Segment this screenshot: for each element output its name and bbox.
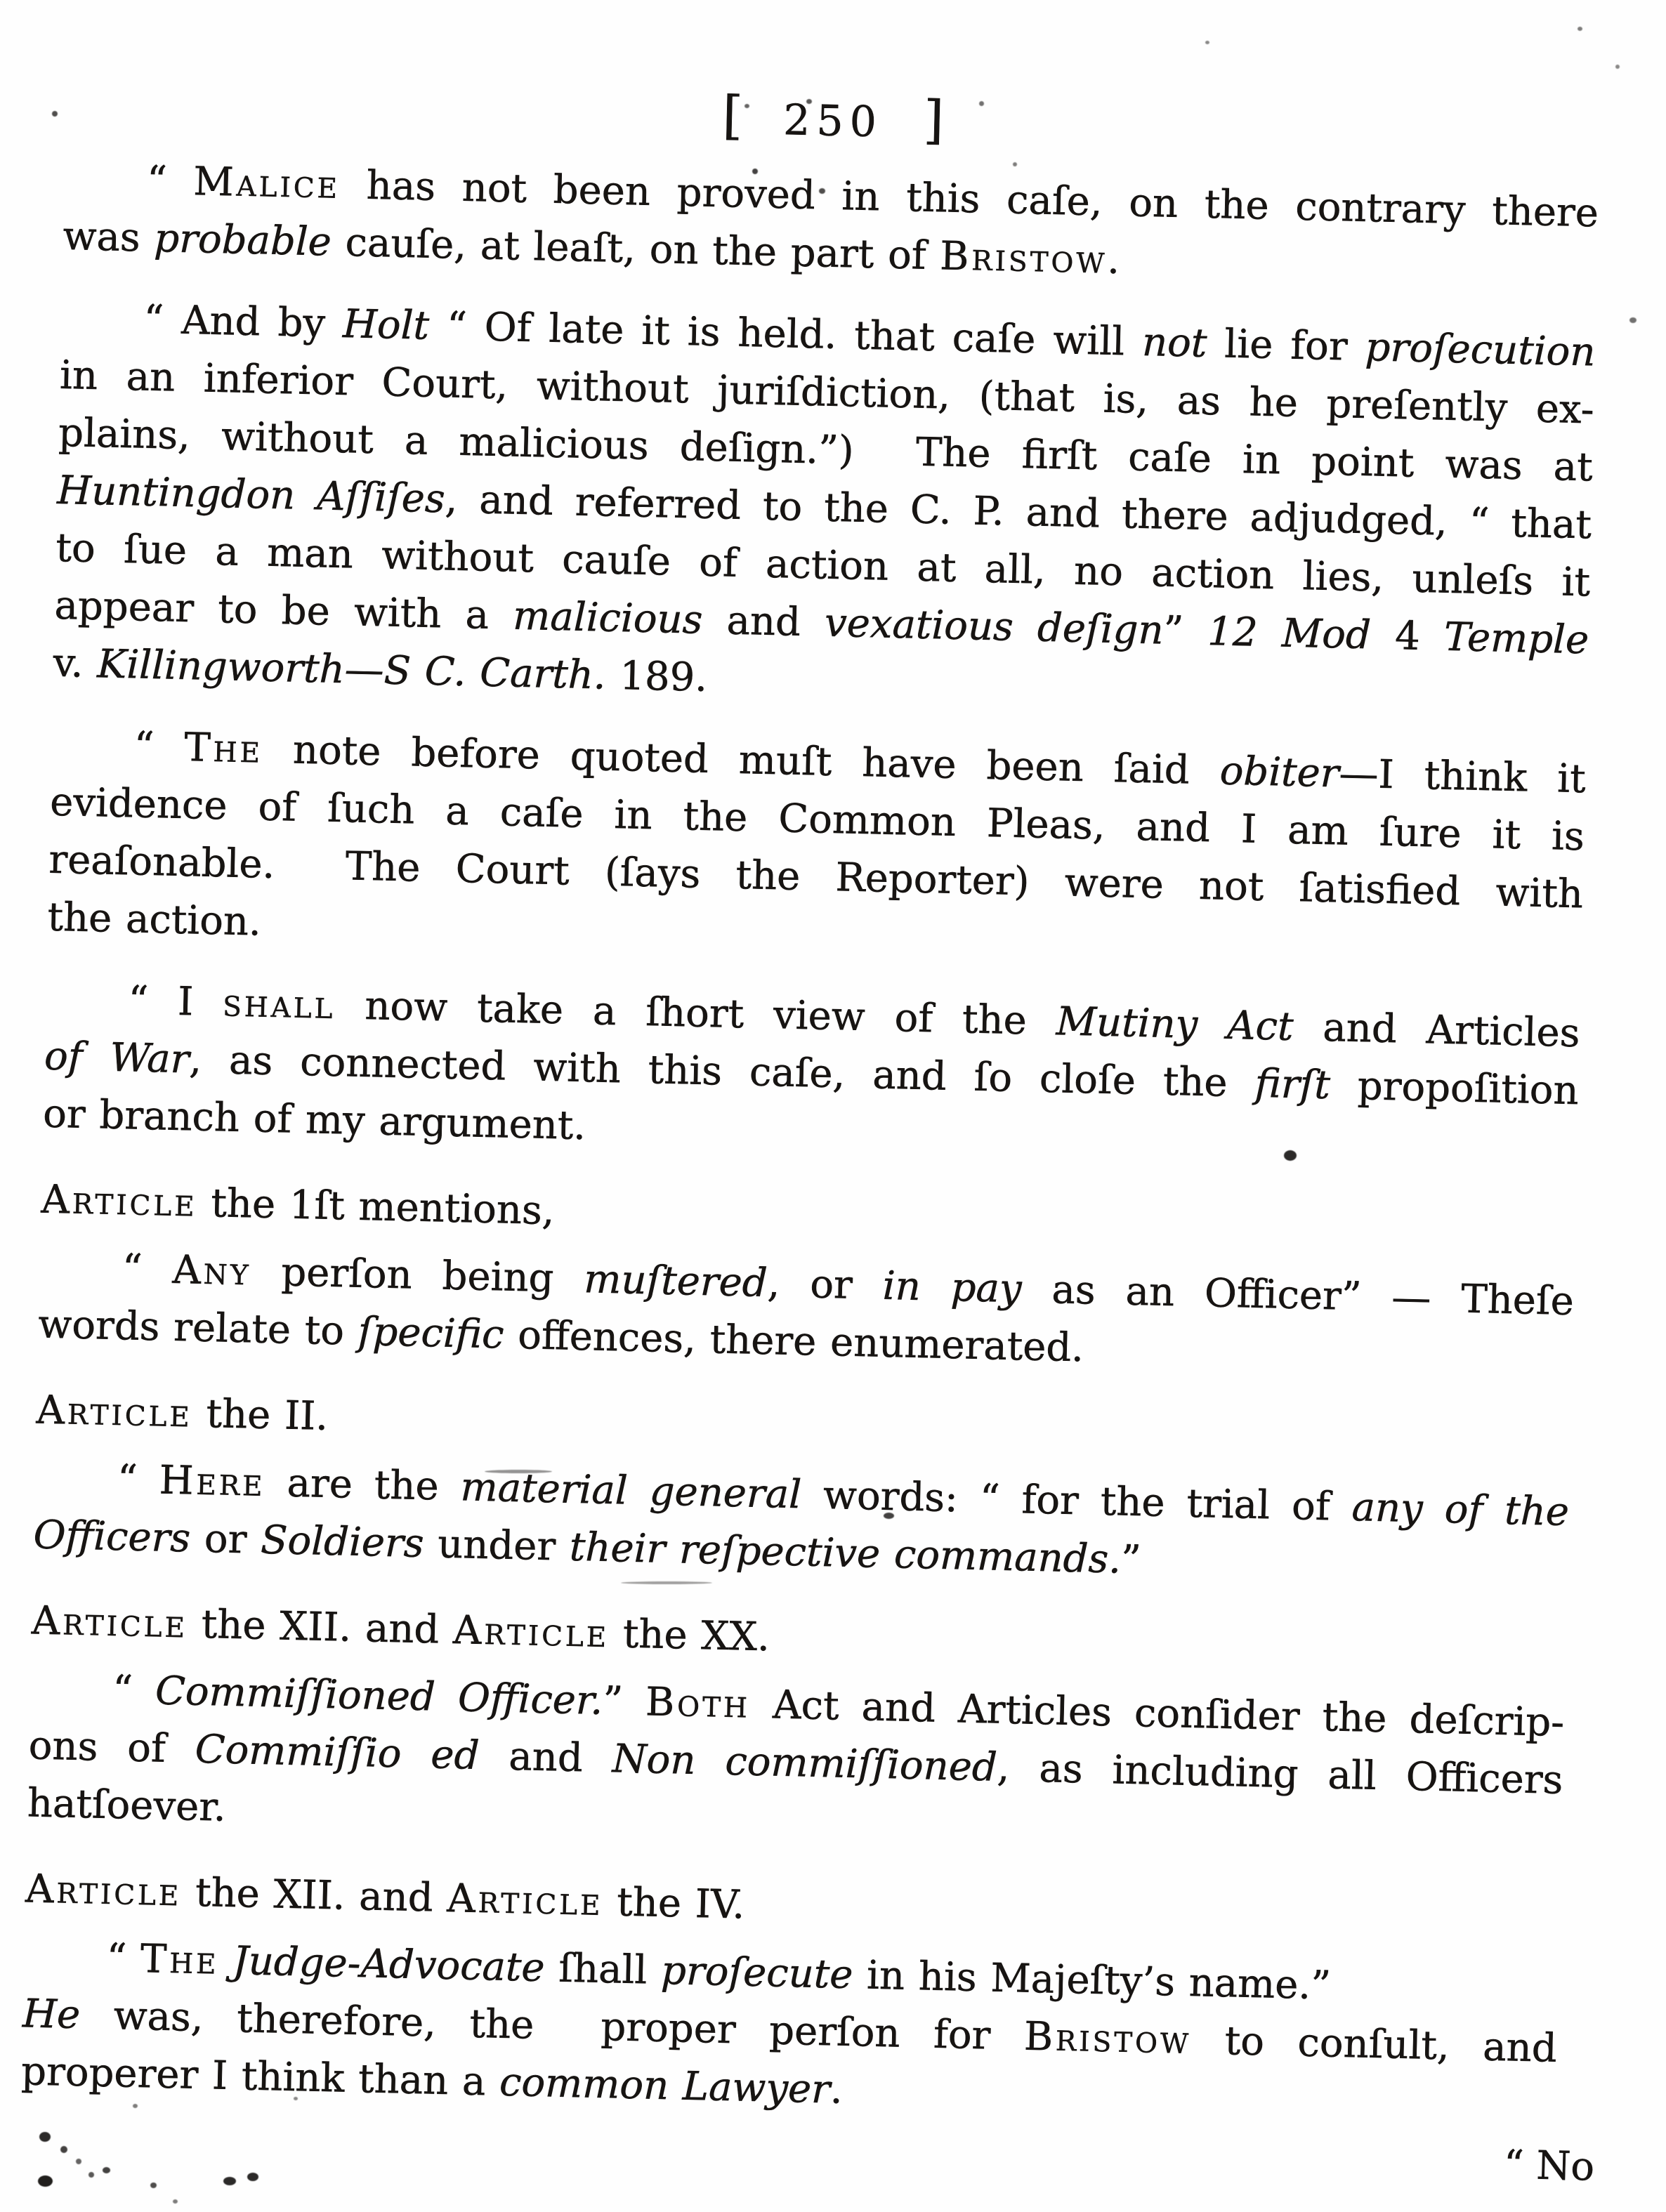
text: are the (265, 1460, 461, 1510)
ink-speck (60, 2146, 67, 2153)
ink-speck (1629, 317, 1637, 323)
text: propoſition (1330, 1062, 1579, 1114)
text: words relate to (38, 1302, 359, 1355)
italic-text: vexatious deſign (824, 600, 1164, 654)
italic-text: not (1141, 320, 1207, 367)
small-caps-text: Article (452, 1607, 610, 1657)
ink-speck (1578, 27, 1582, 31)
page-number-header: [250] (65, 70, 1601, 166)
text: v. (53, 640, 98, 687)
text: the XX. (608, 1611, 770, 1660)
text: ons of (28, 1723, 195, 1772)
italic-text: firſt (1254, 1061, 1331, 1108)
text: “ (146, 158, 194, 204)
page-text-area: [250] “ Malice has not been proved in th… (20, 70, 1601, 2159)
text: “ I (128, 977, 223, 1025)
small-caps-text: Article (447, 1876, 604, 1925)
text: offences, there enumerated. (504, 1312, 1084, 1371)
text: in his Majeſty’s name.” (853, 1952, 1332, 2008)
ink-speck (884, 1513, 894, 1519)
italic-text: in pay (882, 1263, 1022, 1312)
text: . (829, 2067, 843, 2112)
small-caps-text: Malice (193, 159, 341, 208)
scanned-book-page: [250] “ Malice has not been proved in th… (0, 0, 1666, 2212)
italic-text: probable (154, 216, 332, 265)
ink-speck (752, 169, 758, 174)
text: ” (603, 1678, 646, 1725)
text: as an Officer” — Theſe (1021, 1266, 1575, 1324)
text: , as including all Officers (997, 1745, 1563, 1803)
ink-speck (806, 99, 812, 104)
ink-speck (1013, 162, 1017, 166)
italic-text: common Lawyer (499, 2060, 830, 2113)
paragraph-holt: “ And by Holt “ Of late it is held. that… (53, 289, 1596, 727)
body-text: “ Malice has not been proved in this caſ… (20, 150, 1599, 2135)
ink-speck (76, 2159, 81, 2164)
text: and (479, 1733, 613, 1782)
paragraph-commissioned-officer: “ Commiſſioned Officer.” Both Act and Ar… (27, 1659, 1565, 1867)
ink-speck (103, 2167, 110, 2173)
italic-text: Commiſſio ed (195, 1727, 480, 1779)
text: ſhall (544, 1945, 662, 1994)
ink-speck (819, 188, 825, 194)
italic-text: muſtered (584, 1256, 768, 1306)
ink-speck (133, 2104, 138, 2108)
small-caps-text: Article (36, 1388, 193, 1437)
page-number: 250 (783, 96, 884, 147)
ink-speck (52, 111, 58, 117)
text: , or (767, 1260, 884, 1309)
text: “ (122, 1246, 173, 1293)
paragraph-malice: “ Malice has not been proved in this caſ… (63, 150, 1599, 301)
text: cauſe, at leaſt, on the part of (331, 220, 940, 279)
italic-text: Huntingdon Aſſiſes (57, 468, 446, 522)
text: the XII. and (187, 1601, 454, 1653)
text: ” (1163, 608, 1208, 654)
text: words: “ for the trial of (801, 1472, 1352, 1530)
italic-text: Commiſſioned Officer. (155, 1668, 603, 1723)
text: or (190, 1516, 261, 1563)
right-bracket: ] (923, 90, 945, 151)
text: hatſoever. (27, 1780, 226, 1830)
text: ” (1120, 1537, 1141, 1584)
text: and (702, 598, 825, 646)
italic-text: their reſpective commands. (569, 1525, 1122, 1583)
paragraph-mutiny-act: “ I shall now take a ſhort view of the M… (42, 970, 1580, 1178)
text: under (424, 1521, 570, 1570)
ink-speck (621, 1581, 712, 1584)
text: perſon being (251, 1249, 584, 1302)
text: “ (117, 1456, 159, 1503)
italic-text: Temple (1443, 614, 1589, 664)
italic-text: any of the (1351, 1484, 1570, 1535)
text: “ And by (143, 297, 343, 347)
italic-text: Holt (342, 301, 429, 349)
small-caps-text: Article (25, 1866, 182, 1915)
text: and Articles (1293, 1004, 1580, 1056)
text: —I think it (1339, 751, 1587, 802)
text: the II. (192, 1391, 329, 1440)
text: lie for (1207, 321, 1366, 370)
text: the XII. and (181, 1869, 448, 1921)
catchword: “ No (1503, 2142, 1595, 2190)
ink-speck (1205, 41, 1209, 44)
ink-speck (1615, 65, 1620, 69)
text (218, 1938, 233, 1984)
italic-text: proſecute (660, 1948, 853, 1998)
text: 189. (605, 653, 708, 701)
italic-text: Non commiſſioned (612, 1736, 997, 1790)
text: or branch of my argument. (43, 1091, 586, 1150)
italic-text: Soldiers (260, 1518, 424, 1567)
small-caps-text: Bristow (1023, 2014, 1192, 2063)
ink-speck (1284, 1150, 1297, 1161)
italic-text: Officers (33, 1512, 191, 1561)
small-caps-text: Here (159, 1458, 265, 1506)
paragraph-article-1: “ Any perſon being muſtered, or in pay a… (38, 1239, 1575, 1389)
small-caps-text: Bristow (940, 233, 1108, 282)
small-caps-text: shall (223, 980, 336, 1028)
ink-speck (38, 2175, 53, 2187)
ink-speck (223, 2177, 236, 2185)
small-caps-text: The (184, 725, 263, 772)
small-caps-text: Article (31, 1598, 188, 1647)
small-caps-text: Both (645, 1679, 750, 1727)
ink-speck (294, 2097, 298, 2100)
text: “ (106, 1935, 141, 1982)
italic-text: ſpecific (358, 1309, 504, 1358)
text: the 1ſt mentions, (197, 1180, 555, 1235)
small-caps-text: Any (172, 1247, 252, 1295)
text: now take a ſhort view of the (335, 982, 1057, 1044)
text: “ Of late it is held. that caſe will (428, 303, 1143, 365)
text: the action. (47, 895, 262, 945)
ink-speck (745, 104, 749, 108)
ink-speck (88, 2172, 94, 2178)
text: 4 (1370, 612, 1445, 659)
italic-text: of War (44, 1034, 190, 1083)
text: . (1107, 237, 1120, 283)
italic-text: 12 Mod (1207, 609, 1372, 658)
italic-text: Killingworth—S C. Carth. (97, 641, 607, 698)
ink-speck (39, 2132, 51, 2142)
paragraph-obiter: “ The note before quoted muſt have been … (47, 716, 1587, 981)
italic-text: Judge-Advocate (232, 1938, 546, 1991)
text: “ (133, 723, 185, 770)
italic-text: He (22, 1991, 80, 2038)
paragraph-judge-advocate: “ The Judge-Advocate ſhall proſecute in … (20, 1928, 1559, 2135)
small-caps-text: The (140, 1936, 219, 1984)
italic-text: Mutiny Act (1056, 999, 1294, 1050)
ink-speck (247, 2173, 258, 2181)
italic-text: proſecution (1365, 324, 1596, 375)
italic-text: obiter (1219, 749, 1339, 797)
text: properer I think than a (21, 2048, 500, 2105)
ink-speck (173, 2199, 178, 2204)
italic-text: malicious (513, 593, 704, 643)
text: “ (112, 1667, 156, 1713)
text: was (63, 213, 155, 261)
text: the IV. (603, 1879, 745, 1928)
left-bracket: [ (722, 85, 744, 146)
ink-speck (150, 2183, 157, 2188)
small-caps-text: Article (41, 1177, 198, 1226)
paragraph-article-2: “ Here are the material general words: “… (33, 1449, 1570, 1599)
ink-speck (485, 1470, 552, 1473)
ink-speck (979, 101, 984, 106)
text: appear to be with a (54, 583, 513, 639)
text: to conſult, and (1191, 2017, 1557, 2072)
